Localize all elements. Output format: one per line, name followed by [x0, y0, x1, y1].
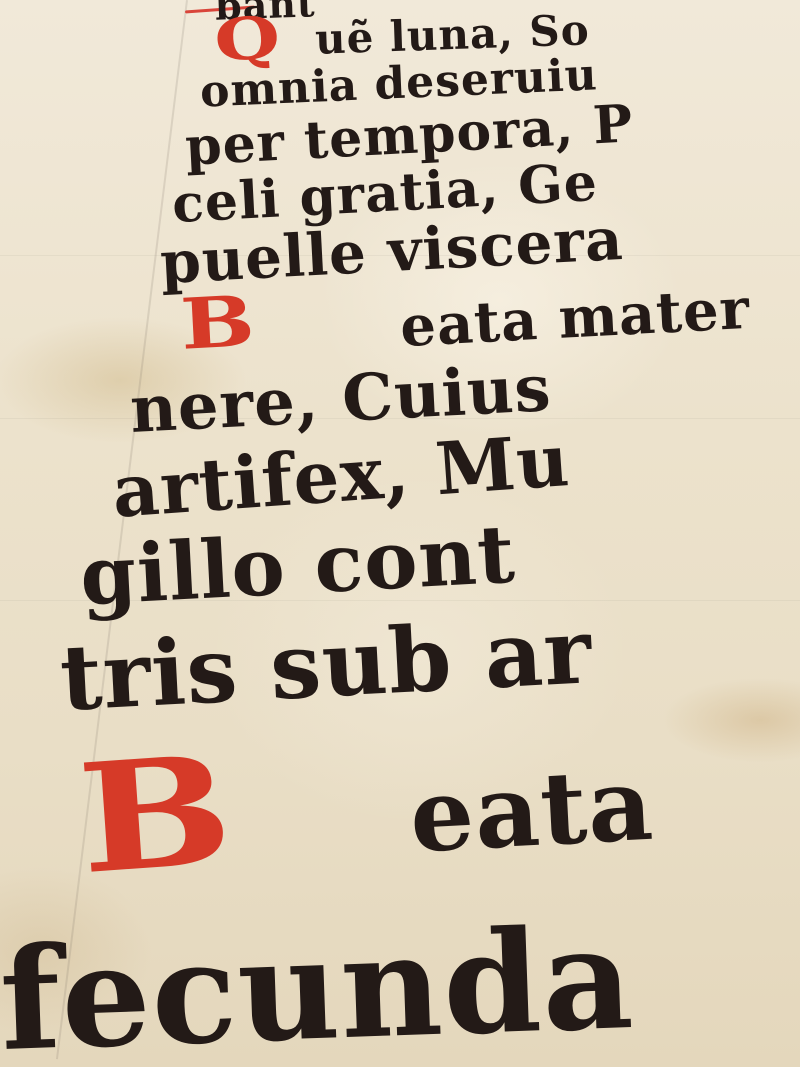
- red-initial-b: B: [179, 286, 257, 360]
- manuscript-line: eata mater: [399, 281, 752, 355]
- red-initial-q: Q: [212, 8, 282, 70]
- manuscript-line: tris sub ar: [58, 606, 594, 724]
- manuscript-line: gillo cont: [78, 514, 517, 617]
- manuscript-line: eata: [408, 754, 656, 867]
- red-initial-b-large: B: [74, 735, 236, 895]
- manuscript-line: fecunda: [0, 909, 636, 1067]
